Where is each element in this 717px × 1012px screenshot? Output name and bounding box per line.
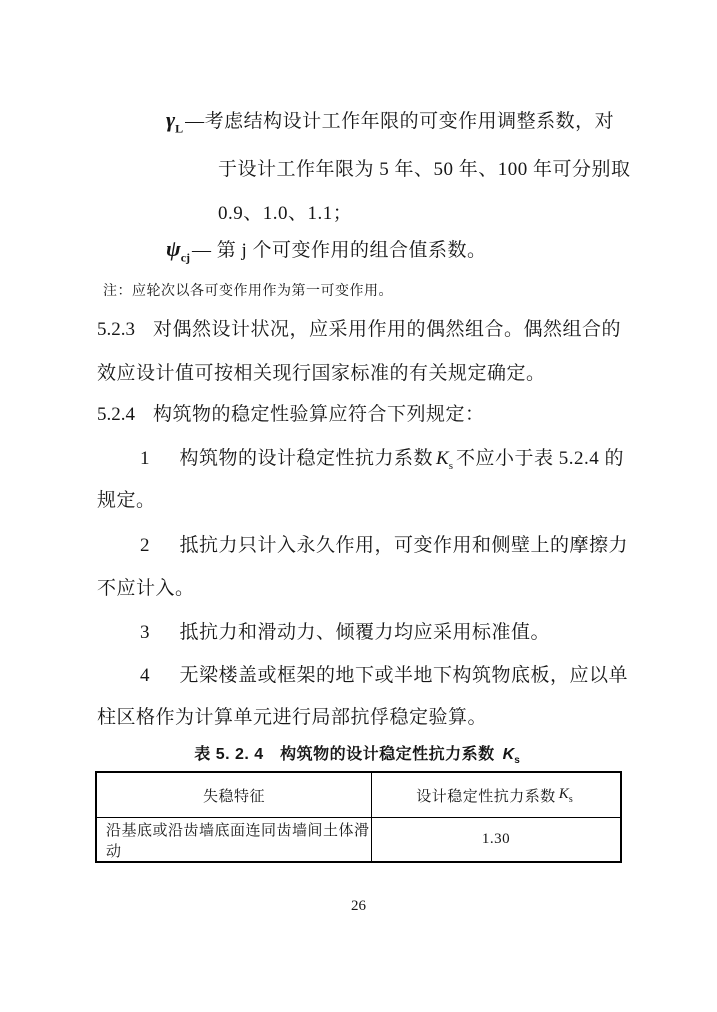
table-header-feature: 失稳特征 <box>97 773 372 818</box>
ks-symbol-header: Ks <box>559 786 573 805</box>
table-header-coefficient: 设计稳定性抗力系数 Ks <box>372 773 620 818</box>
note-line: 注：应轮次以各可变作用作为第一可变作用。 <box>103 283 393 301</box>
item-1-line2: 规定。 <box>97 489 156 513</box>
gamma-definition-text: —考虑结构设计工作年限的可变作用调整系数，对 <box>185 111 614 132</box>
clause-523-id: 5.2.3 <box>97 318 135 342</box>
definition-psi-line: ψcj— 第 j 个可变作用的组合值系数。 <box>166 235 487 265</box>
item-4-number: 4 <box>140 664 150 688</box>
clause-523-line2: 效应设计值可按相关现行国家标准的有关规定确定。 <box>97 362 546 386</box>
psi-definition-text: — 第 j 个可变作用的组合值系数。 <box>192 240 487 261</box>
document-page: γL—考虑结构设计工作年限的可变作用调整系数，对 于设计工作年限为 5 年、50… <box>0 0 717 1012</box>
item-2-number: 2 <box>140 534 150 558</box>
psi-cj-symbol: ψcj <box>166 236 190 261</box>
definition-gamma-line2: 于设计工作年限为 5 年、50 年、100 年可分别取 <box>218 158 631 182</box>
ks-symbol: Ks <box>436 448 453 469</box>
definition-gamma-line3: 0.9、1.0、1.1； <box>218 202 352 226</box>
item-3-line: 3抵抗力和滑动力、倾覆力均应采用标准值。 <box>140 621 550 645</box>
item-1-line1: 1构筑物的设计稳定性抗力系数Ks不应小于表 5.2.4 的 <box>140 447 624 474</box>
clause-524-id: 5.2.4 <box>97 403 135 427</box>
item-4-line1: 4无梁楼盖或框架的地下或半地下构筑物底板，应以单 <box>140 664 628 688</box>
item-2-line1: 2抵抗力只计入永久作用，可变作用和侧壁上的摩擦力 <box>140 534 628 558</box>
page-number: 26 <box>0 898 717 915</box>
clause-524-line: 5.2.4构筑物的稳定性验算应符合下列规定： <box>97 403 485 427</box>
definition-gamma-line1: γL—考虑结构设计工作年限的可变作用调整系数，对 <box>166 106 614 136</box>
item-3-number: 3 <box>140 621 150 645</box>
table-row-value: 1.30 <box>372 818 620 861</box>
item-1-number: 1 <box>140 447 150 471</box>
table-row-feature: 沿基底或沿齿墙底面连同齿墙间土体滑动 <box>97 818 372 861</box>
stability-coefficient-table: 失稳特征 设计稳定性抗力系数 Ks 沿基底或沿齿墙底面连同齿墙间土体滑动 1.3… <box>95 771 622 863</box>
item-2-line2: 不应计入。 <box>97 577 195 601</box>
gamma-L-symbol: γL <box>166 107 183 132</box>
table-title: 表 5. 2. 4 构筑物的设计稳定性抗力系数 Ks <box>0 741 717 766</box>
clause-523-line1: 5.2.3对偶然设计状况，应采用作用的偶然组合。偶然组合的 <box>97 318 621 342</box>
ks-symbol-title: Ks <box>503 746 520 763</box>
item-4-line2: 柱区格作为计算单元进行局部抗俘稳定验算。 <box>97 706 487 730</box>
